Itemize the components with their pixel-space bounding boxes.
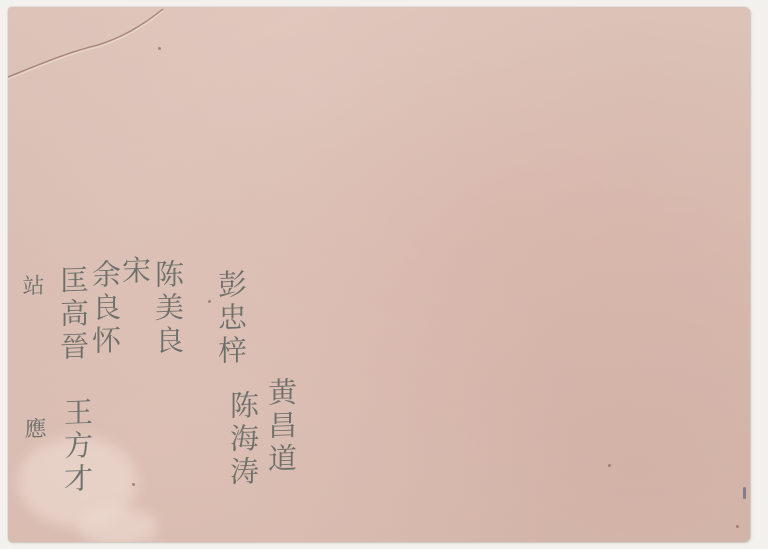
- aged-paper-card: 站 應 匡高晉 余良怀 宋 陈美良 王方才 彭忠梓 陈海涛 黄昌道: [8, 7, 750, 542]
- photo-scene: 站 應 匡高晉 余良怀 宋 陈美良 王方才 彭忠梓 陈海涛 黄昌道: [0, 0, 768, 549]
- handwritten-char: 站: [20, 274, 42, 301]
- spot: [608, 464, 611, 467]
- spot: [132, 483, 135, 486]
- handwritten-name: 彭忠梓: [216, 268, 245, 368]
- handwritten-name: 匡高晉: [58, 264, 87, 364]
- handwritten-name: 黄昌道: [266, 376, 295, 476]
- handwritten-char: 應: [22, 417, 44, 444]
- handwritten-name: 陈海涛: [228, 389, 257, 489]
- ink-mark: [743, 487, 746, 499]
- stain: [78, 507, 158, 542]
- spot: [208, 300, 211, 303]
- handwritten-name: 王方才: [62, 396, 91, 496]
- spot: [158, 47, 161, 50]
- paper-crease: [8, 7, 178, 87]
- handwritten-name: 陈美良: [153, 258, 182, 358]
- handwritten-name: 余良怀: [90, 258, 119, 358]
- handwritten-name: 宋: [120, 254, 149, 288]
- spot: [736, 525, 739, 528]
